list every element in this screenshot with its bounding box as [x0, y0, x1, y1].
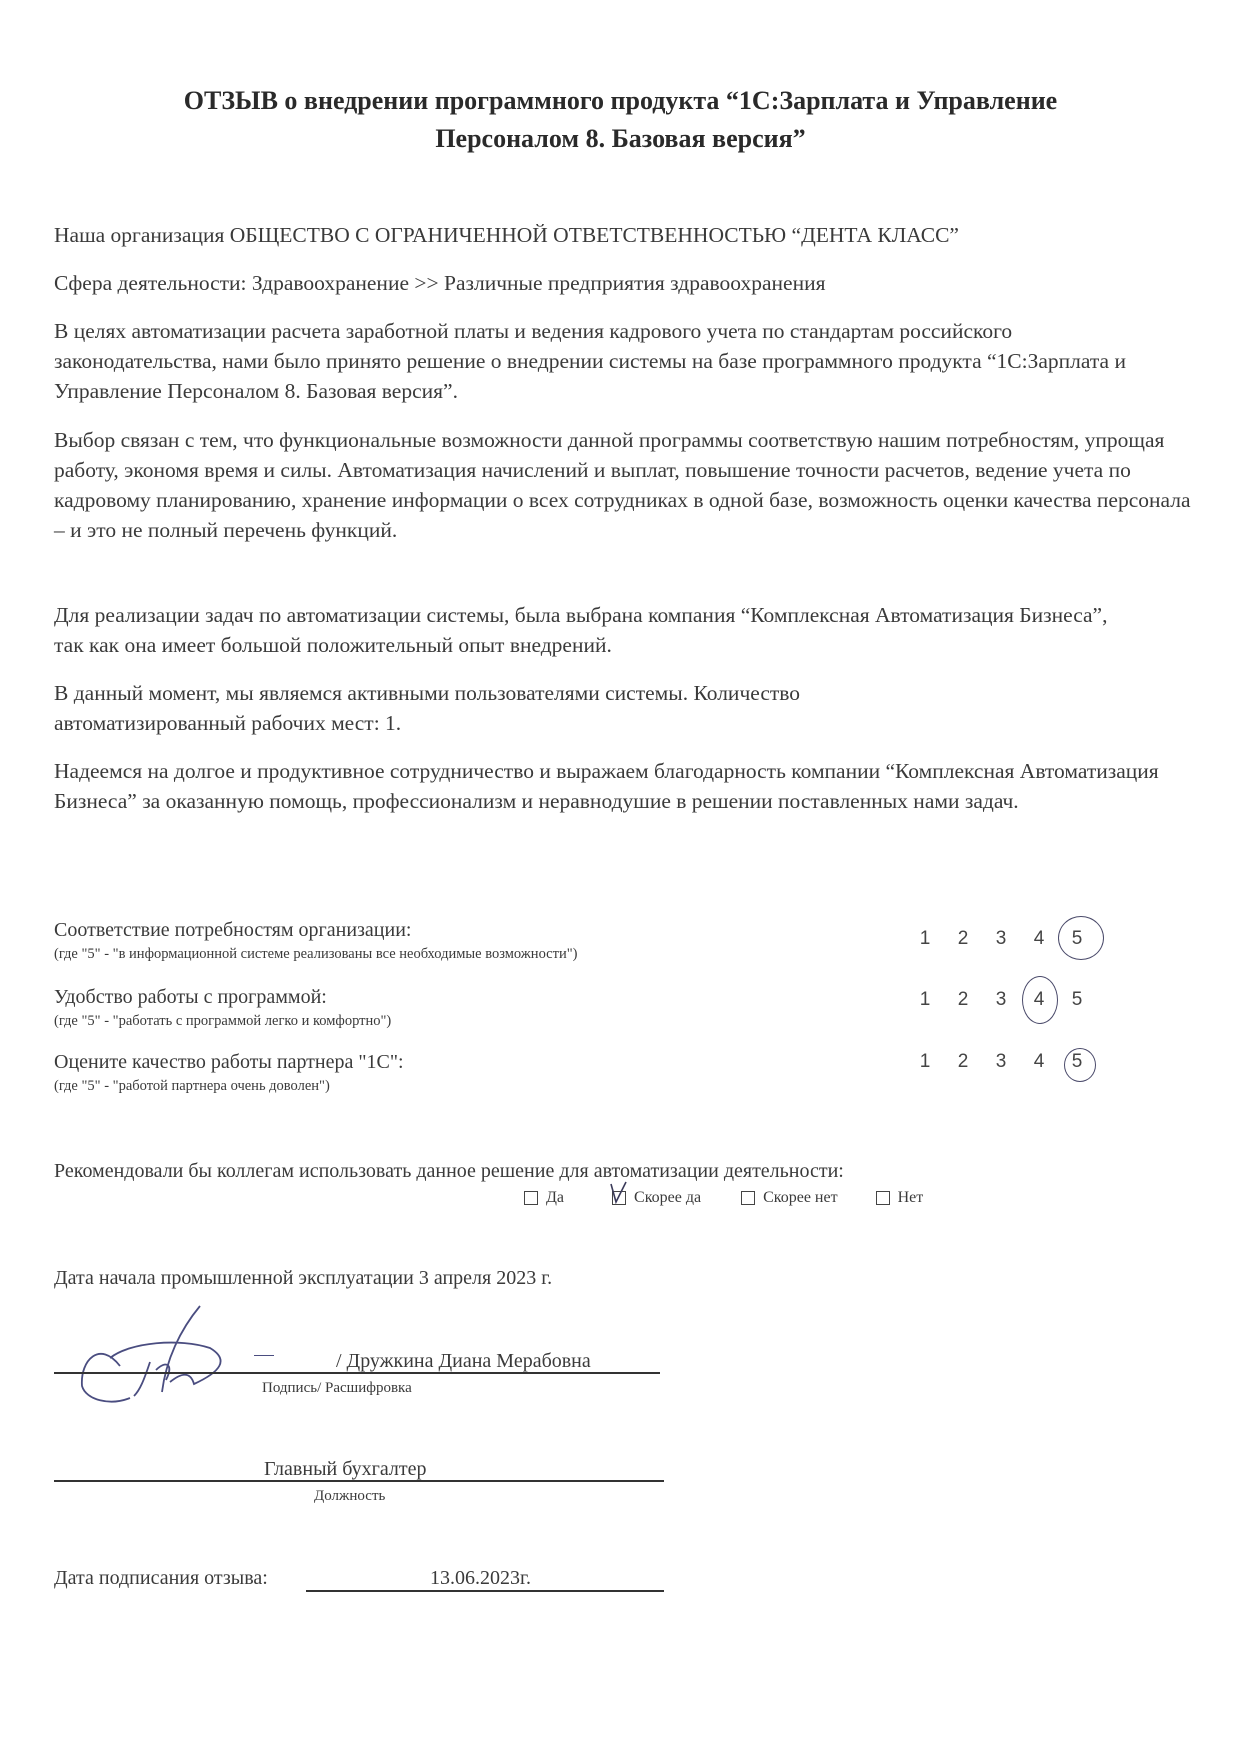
rating-option[interactable]: 3 [982, 989, 1020, 1011]
option-label: Скорее нет [763, 1189, 838, 1207]
rating-option[interactable]: 4 [1020, 1051, 1058, 1073]
option-yes[interactable]: Да [524, 1189, 564, 1207]
paragraph-purpose: В целях автоматизации расчета заработной… [54, 316, 1164, 406]
signature-dash [254, 1355, 274, 1356]
rating-2-label: Удобство работы с программой: [54, 985, 327, 1009]
rating-1-hint: (где "5" - "в информационной системе реа… [54, 945, 577, 963]
rating-option[interactable]: 1 [906, 989, 944, 1011]
recommend-options: Да Скорее да Скорее нет Нет [524, 1189, 951, 1207]
paragraph-users: В данный момент, мы являемся активными п… [54, 678, 984, 738]
rating-option[interactable]: 2 [944, 989, 982, 1011]
rating-option[interactable]: 5 [1058, 989, 1096, 1011]
paragraph-thanks: Надеемся на долгое и продуктивное сотруд… [54, 756, 1204, 816]
signature-icon [70, 1300, 270, 1410]
rating-3-hint: (где "5" - "работой партнера очень довол… [54, 1077, 330, 1095]
rating-option[interactable]: 1 [906, 1051, 944, 1073]
paragraph-choice: Выбор связан с тем, что функциональные в… [54, 425, 1204, 545]
paragraph-partner: Для реализации задач по автоматизации си… [54, 600, 1114, 660]
checkbox-icon[interactable] [741, 1191, 755, 1205]
option-rather-no[interactable]: Скорее нет [741, 1189, 838, 1207]
position-value: Главный бухгалтер [264, 1458, 426, 1481]
signer-name: / Дружкина Диана Мерабовна [336, 1350, 591, 1373]
start-date: Дата начала промышленной эксплуатации 3 … [54, 1267, 552, 1290]
option-no[interactable]: Нет [876, 1189, 924, 1207]
signing-date-value: 13.06.2023г. [430, 1567, 531, 1590]
checkbox-checked-icon[interactable] [612, 1191, 626, 1205]
rating-option[interactable]: 1 [906, 928, 944, 950]
checkbox-icon[interactable] [876, 1191, 890, 1205]
signing-date-line [306, 1590, 664, 1592]
position-caption: Должность [314, 1488, 385, 1505]
sphere-line: Сфера деятельности: Здравоохранение >> Р… [54, 268, 1204, 298]
checkbox-icon[interactable] [524, 1191, 538, 1205]
selection-circle-icon [1058, 916, 1104, 960]
option-label: Нет [898, 1189, 924, 1207]
recommend-question: Рекомендовали бы коллегам использовать д… [54, 1160, 844, 1183]
selection-circle-icon [1022, 976, 1058, 1024]
rating-option[interactable]: 3 [982, 1051, 1020, 1073]
option-rather-yes[interactable]: Скорее да [612, 1189, 701, 1207]
signature-caption: Подпись/ Расшифровка [262, 1380, 412, 1397]
selection-circle-icon [1064, 1048, 1096, 1082]
signing-date-label: Дата подписания отзыва: [54, 1567, 268, 1590]
rating-option[interactable]: 3 [982, 928, 1020, 950]
option-label: Да [546, 1189, 564, 1207]
title-line-1: ОТЗЫВ о внедрении программного продукта … [0, 82, 1241, 120]
rating-option[interactable]: 2 [944, 1051, 982, 1073]
rating-option[interactable]: 4 [1020, 928, 1058, 950]
organization-line: Наша организация ОБЩЕСТВО С ОГРАНИЧЕННОЙ… [54, 220, 1204, 250]
rating-3-label: Оцените качество работы партнера "1С": [54, 1050, 404, 1074]
document-title: ОТЗЫВ о внедрении программного продукта … [0, 82, 1241, 158]
title-line-2: Персоналом 8. Базовая версия” [0, 120, 1241, 158]
rating-1-label: Соответствие потребностям организации: [54, 918, 411, 942]
rating-2-scale[interactable]: 1 2 3 4 5 [906, 989, 1096, 1011]
rating-option[interactable]: 2 [944, 928, 982, 950]
rating-2-hint: (где "5" - "работать с программой легко … [54, 1012, 391, 1030]
option-label: Скорее да [634, 1189, 701, 1207]
